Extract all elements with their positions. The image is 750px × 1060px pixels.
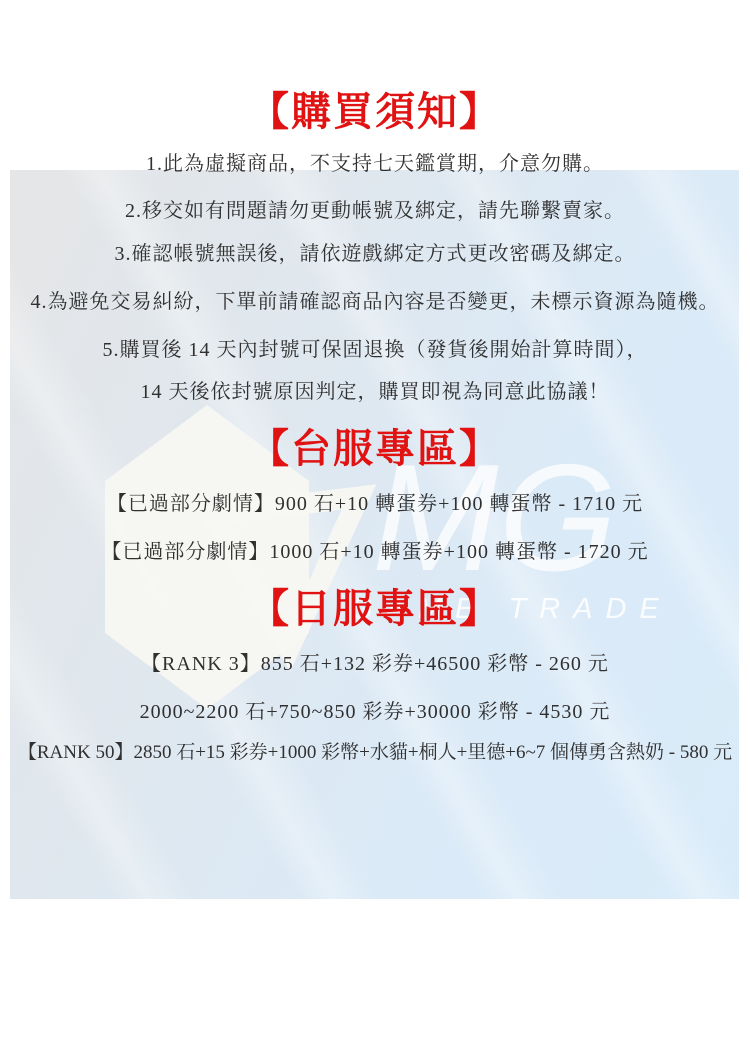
notice-line-6: 14 天後依封號原因判定，購買即視為同意此協議！: [0, 375, 750, 404]
notice-line-4: 4.為避免交易糾紛，下單前請確認商品內容是否變更，未標示資源為隨機。: [0, 285, 750, 314]
product-line: 【RANK 3】855 石+132 彩券+46500 彩幣 - 260 元: [0, 647, 750, 676]
product-line: 【RANK 50】2850 石+15 彩券+1000 彩幣+水貓+桐人+里德+6…: [0, 737, 750, 764]
section-heading-tw-server: 【台服專區】: [0, 417, 750, 474]
page-title: 【購買須知】: [0, 80, 750, 137]
notice-line-2: 2.移交如有問題請勿更動帳號及綁定，請先聯繫賣家。: [0, 194, 750, 223]
section-heading-jp-server: 【日服專區】: [0, 577, 750, 634]
product-line: 【已過部分劇情】1000 石+10 轉蛋券+100 轉蛋幣 - 1720 元: [0, 535, 750, 564]
notice-line-3: 3.確認帳號無誤後，請依遊戲綁定方式更改密碼及綁定。: [0, 237, 750, 266]
listing-content: 【購買須知】 1.此為虛擬商品，不支持七天鑑賞期，介意勿購。 2.移交如有問題請…: [0, 0, 750, 1060]
notice-line-5: 5.購買後 14 天內封號可保固退換（發貨後開始計算時間），: [0, 333, 750, 362]
product-line: 2000~2200 石+750~850 彩券+30000 彩幣 - 4530 元: [0, 695, 750, 724]
notice-line-1: 1.此為虛擬商品，不支持七天鑑賞期，介意勿購。: [0, 147, 750, 176]
listing-poster: MG GAME TRADE 【購買須知】 1.此為虛擬商品，不支持七天鑑賞期，介…: [0, 0, 750, 1060]
product-line: 【已過部分劇情】900 石+10 轉蛋券+100 轉蛋幣 - 1710 元: [0, 487, 750, 516]
